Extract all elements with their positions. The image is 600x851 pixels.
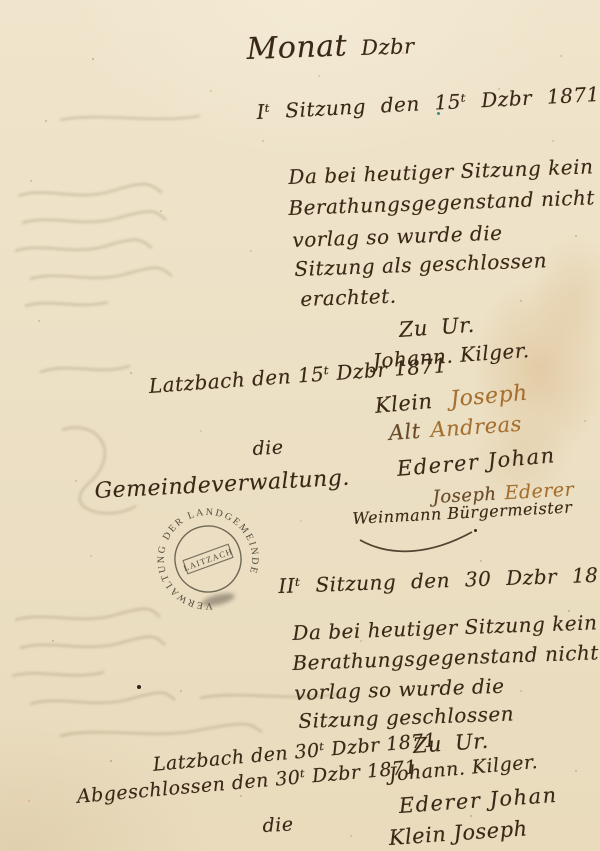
session2-article-die: die (262, 813, 294, 837)
month-header: MonatDzbr (246, 26, 415, 67)
ink-spot (137, 685, 141, 689)
signature-alt: Alt (388, 419, 421, 445)
manuscript-page: VERWALTUNG DER LANDGEMEINDE LAITZACH Mon… (0, 0, 600, 851)
signature-klein: Klein (374, 389, 433, 418)
ink-spot (474, 529, 477, 532)
month-word: Monat (246, 28, 348, 66)
session1-body-line: erachtet. (300, 284, 397, 311)
session1-article-die: die (252, 436, 284, 460)
month-abbr: Dzbr (361, 34, 415, 60)
